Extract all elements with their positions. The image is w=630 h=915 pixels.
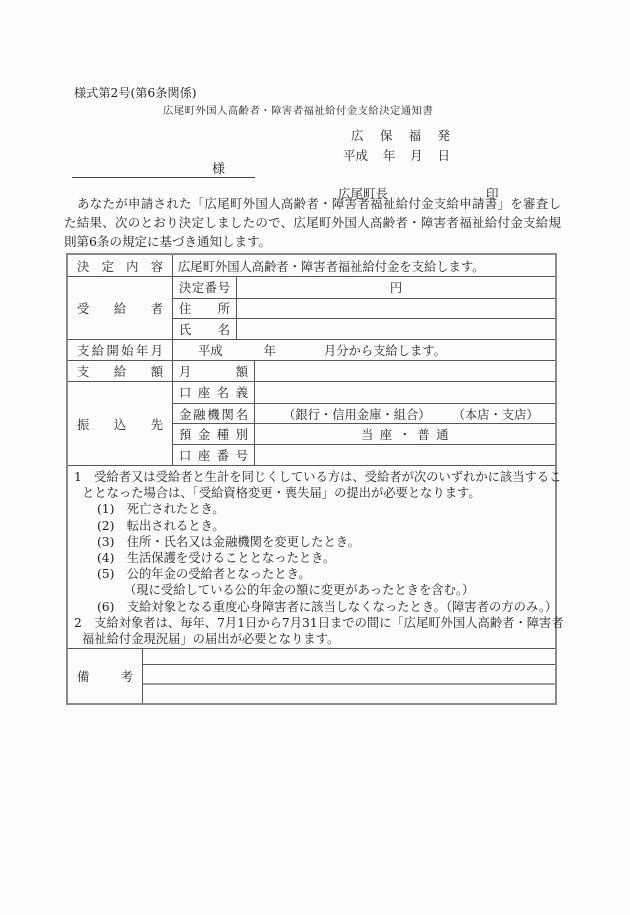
section-recipient: 受給者 決定番号 円 住所 — [68, 276, 555, 339]
account-holder-value-cell — [255, 382, 555, 403]
account-number-value-cell — [255, 445, 555, 465]
recipient-label-cell: 受給者 — [68, 277, 173, 339]
section-bank-transfer: 振込先 口座名義 金融機関名 （銀行・信用金庫・組合） — [68, 381, 555, 465]
date-year: 年 — [383, 146, 396, 164]
row-payment-amount: 支給額 月額 — [68, 360, 555, 381]
issuer-char-4: 発 — [437, 126, 450, 144]
row-name: 氏名 — [173, 318, 555, 339]
financial-institution-label-cell: 金融機関名 — [173, 404, 255, 424]
decision-number-label: 決定番号 — [173, 278, 236, 296]
monthly-amount-label-cell: 月額 — [173, 361, 255, 381]
issuer-stamp-code: 広 保 福 発 — [351, 126, 450, 144]
payment-start-year-suffix: 年 — [264, 341, 276, 359]
row-deposit-type: 預金種別 当座・普通 — [173, 423, 555, 444]
address-value-cell — [237, 299, 555, 319]
account-holder-label-cell: 口座名義 — [173, 382, 255, 403]
notes-section: 1 受給者又は受給者と生計を同じくしている方は、受給者が次のいずれかに該当するこ… — [68, 465, 555, 648]
issuer-char-2: 保 — [380, 126, 393, 144]
payment-amount-label: 支給額 — [68, 362, 172, 380]
row-account-number: 口座番号 — [173, 444, 555, 465]
payment-amount-label-cell: 支給額 — [68, 361, 173, 381]
row-address: 住所 — [173, 298, 555, 319]
body-paragraph: あなたが申請された「広尾町外国人高齢者・障害者福祉給付金支給申請書」を審査した結… — [64, 194, 561, 252]
deposit-type-label: 預金種別 — [173, 425, 254, 443]
remarks-label-cell: 備考 — [68, 649, 143, 703]
date-era: 平成 — [343, 146, 368, 164]
note-line: 福祉給付金現況届」の届出が必要となります。 — [68, 631, 555, 647]
row-payment-start: 支給開始年月 平成 年 月分から支給します。 — [68, 339, 555, 360]
financial-institution-label: 金融機関名 — [173, 405, 254, 423]
payment-start-value-cell: 平成 年 月分から支給します。 — [173, 340, 555, 360]
financial-institution-value-cell: （銀行・信用金庫・組合） （本店・支店） — [255, 404, 555, 424]
decision-value: 広尾町外国人高齢者・障害者福祉給付金を支給します。 — [178, 257, 484, 275]
account-number-label: 口座番号 — [173, 446, 254, 464]
note-line: 1 受給者又は受給者と生計を同じくしている方は、受給者が次のいずれかに該当するこ — [68, 469, 555, 485]
payment-start-label-cell: 支給開始年月 — [68, 340, 173, 360]
issuer-char-3: 福 — [409, 126, 422, 144]
decision-label: 決定内容 — [68, 257, 172, 275]
decision-value-cell: 広尾町外国人高齢者・障害者福祉給付金を支給します。 — [173, 255, 555, 276]
bank-transfer-subrows: 口座名義 金融機関名 （銀行・信用金庫・組合） （本店・支店） — [173, 382, 555, 465]
monthly-amount-label: 月額 — [173, 362, 254, 380]
addressee-suffix: 様 — [212, 162, 225, 177]
decision-label-cell: 決定内容 — [68, 255, 173, 276]
issuer-char-1: 広 — [351, 126, 364, 144]
decision-form-table: 決定内容 広尾町外国人高齢者・障害者福祉給付金を支給します。 受給者 決定番号 … — [66, 253, 557, 705]
deposit-type-value-cell: 当座・普通 — [255, 424, 555, 444]
name-label: 氏名 — [173, 320, 236, 338]
note-line: (3) 住所・氏名又は金融機関を変更したとき。 — [68, 534, 555, 550]
document-page: 様式第2号(第6条関係) 広尾町外国人高齢者・障害者福祉給付金支給決定通知書 広… — [0, 0, 630, 915]
address-label-cell: 住所 — [173, 299, 237, 319]
payment-start-label: 支給開始年月 — [68, 341, 172, 359]
account-number-label-cell: 口座番号 — [173, 445, 255, 465]
deposit-type-label-cell: 預金種別 — [173, 424, 255, 444]
row-account-holder: 口座名義 — [173, 382, 555, 403]
name-value-cell — [237, 319, 555, 339]
note-line: (2) 転出されるとき。 — [68, 518, 555, 534]
address-label: 住所 — [173, 299, 236, 317]
form-number: 様式第2号(第6条関係) — [74, 84, 197, 101]
note-line: （現に受給している公的年金の額に変更があったときを含む。） — [68, 582, 555, 598]
remarks-label: 備考 — [68, 667, 142, 685]
remarks-rows — [143, 649, 555, 703]
note-line: 2 支給対象者は、毎年、7月1日から7月31日までの間に「広尾町外国人高齢者・障… — [68, 615, 555, 631]
note-line: ととなった場合は、「受給資格変更・喪失届」の提出が必要となります。 — [68, 485, 555, 501]
note-line: (4) 生活保護を受けることとなったとき。 — [68, 550, 555, 566]
decision-number-value-cell: 円 — [237, 277, 555, 298]
recipient-label: 受給者 — [68, 299, 172, 317]
note-line: (6) 支給対象となる重度心身障害者に該当しなくなったとき。（障害者の方のみ。） — [68, 599, 555, 615]
row-decision: 決定内容 広尾町外国人高齢者・障害者福祉給付金を支給します。 — [68, 255, 555, 276]
bank-transfer-label-cell: 振込先 — [68, 382, 173, 465]
decision-number-value: 円 — [390, 278, 402, 296]
deposit-type-options: 当座・普通 — [361, 425, 455, 443]
decision-number-label-cell: 決定番号 — [173, 277, 237, 298]
remarks-empty-row — [143, 649, 555, 664]
bank-type-options: （銀行・信用金庫・組合） — [283, 405, 431, 423]
remarks-empty-row — [143, 683, 555, 701]
recipient-subrows: 決定番号 円 住所 氏名 — [173, 277, 555, 339]
section-remarks: 備考 — [68, 648, 555, 703]
row-financial-institution: 金融機関名 （銀行・信用金庫・組合） （本店・支店） — [173, 403, 555, 424]
date-line: 平成 年 月 日 — [343, 146, 450, 164]
monthly-amount-value-cell — [255, 361, 555, 381]
date-day: 日 — [437, 146, 450, 164]
payment-start-tail: 月分から支給します。 — [324, 341, 446, 359]
branch-type-options: （本店・支店） — [453, 405, 539, 423]
note-line: (5) 公的年金の受給者となったとき。 — [68, 566, 555, 582]
document-title: 広尾町外国人高齢者・障害者福祉給付金支給決定通知書 — [163, 102, 433, 117]
bank-transfer-label: 振込先 — [68, 415, 172, 433]
remarks-empty-row — [143, 664, 555, 683]
payment-start-era: 平成 — [198, 341, 223, 359]
row-decision-number: 決定番号 円 — [173, 277, 555, 298]
account-holder-label: 口座名義 — [173, 383, 254, 401]
addressee-blank-line: 様 — [72, 158, 255, 178]
note-line: (1) 死亡されたとき。 — [68, 501, 555, 517]
date-month: 月 — [410, 146, 423, 164]
name-label-cell: 氏名 — [173, 319, 237, 339]
